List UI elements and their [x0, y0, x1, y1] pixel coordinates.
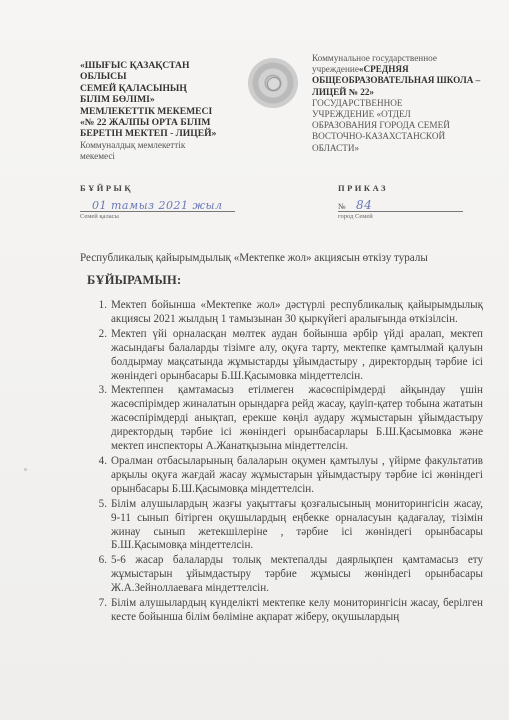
item-number: 6.: [87, 554, 111, 596]
item-number: 5.: [87, 498, 111, 554]
item-number: 1.: [87, 299, 111, 327]
handwritten-number: 84: [356, 198, 372, 212]
org-type-line: мекемесі: [80, 151, 245, 162]
org-parent-line: ГОСУДАРСТВЕННОЕ: [312, 98, 492, 109]
list-item: 6. 5-6 жасар балаларды толық мектепалды …: [87, 554, 495, 596]
handwritten-date: 01 тамыз 2021 жыл: [92, 199, 223, 212]
item-text: Білім алушылардың күнделікті мектепке ке…: [111, 597, 495, 625]
item-number: 4.: [87, 455, 111, 497]
order-title-kz: БҰЙРЫҚ: [80, 183, 235, 193]
item-text: Оралман отбасыларының балаларын оқумен қ…: [111, 455, 495, 497]
org-name-line: «№ 22 ЖАЛПЫ ОРТА БІЛІМ: [80, 117, 245, 128]
org-type-line: Коммуналдық мемлекеттік: [80, 140, 245, 151]
item-text: 5-6 жасар балаларды толық мектепалды дая…: [111, 554, 495, 596]
org-parent-line: ВОСТОЧНО-КАЗАХСТАНСКОЙ: [312, 131, 492, 142]
item-number: 7.: [87, 597, 111, 625]
item-number: 3.: [87, 384, 111, 454]
document-page: «ШЫҒЫС ҚАЗАҚСТАН ОБЛЫСЫ СЕМЕЙ ҚАЛАСЫНЫҢ …: [0, 0, 509, 720]
city-kz: Семей қаласы: [80, 213, 235, 220]
order-kazakh-block: БҰЙРЫҚ 01 тамыз 2021 жыл Семей қаласы: [80, 183, 235, 220]
scan-speck: [24, 468, 27, 471]
city-ru: город Семей: [338, 213, 463, 220]
org-name-line: ОБЛЫСЫ: [80, 71, 245, 82]
state-emblem-icon: [248, 58, 298, 108]
order-russian-block: ПРИКАЗ № 84 город Семей: [338, 183, 463, 220]
org-parent-line: УЧРЕЖДЕНИЕ «ОТДЕЛ: [312, 109, 492, 120]
number-sign: №: [338, 202, 346, 211]
item-text: Мектеп үйі орналасқан мөлтек аудан бойын…: [111, 328, 495, 384]
scan-speck: [258, 302, 261, 305]
header-russian-org: Коммунальное государственное учреждение«…: [312, 53, 492, 154]
list-item: 3. Мектеппен қамтамасыз етілмеген жасөсп…: [87, 384, 495, 454]
order-title-ru: ПРИКАЗ: [338, 183, 463, 193]
item-text: Мектеппен қамтамасыз етілмеген жасөспірі…: [111, 384, 495, 454]
list-item: 1. Мектеп бойынша «Мектепке жол» дәстүрл…: [87, 299, 495, 327]
org-name-line: «ШЫҒЫС ҚАЗАҚСТАН: [80, 60, 245, 71]
header-kazakh-org: «ШЫҒЫС ҚАЗАҚСТАН ОБЛЫСЫ СЕМЕЙ ҚАЛАСЫНЫҢ …: [80, 60, 245, 162]
item-text: Білім алушылардың жазғы уақыттағы қозғал…: [111, 498, 495, 554]
number-line: № 84: [338, 198, 463, 212]
org-name-line: СЕМЕЙ ҚАЛАСЫНЫҢ: [80, 83, 245, 94]
list-item: 2. Мектеп үйі орналасқан мөлтек аудан бо…: [87, 328, 495, 384]
org-name-line: МЕМЛЕКЕТТІК МЕКЕМЕСІ: [80, 106, 245, 117]
date-line: 01 тамыз 2021 жыл: [80, 198, 235, 212]
decree-items-list: 1. Мектеп бойынша «Мектепке жол» дәстүрл…: [87, 299, 495, 626]
org-parent-line: ОБРАЗОВАНИЯ ГОРОДА СЕМЕЙ: [312, 120, 492, 131]
org-name-line: БЕРЕТІН МЕКТЕП - ЛИЦЕЙ»: [80, 128, 245, 139]
item-number: 2.: [87, 328, 111, 384]
decree-heading: БҰЙЫРАМЫН:: [87, 273, 181, 288]
org-parent-line: ОБЛАСТИ»: [312, 143, 492, 154]
list-item: 4. Оралман отбасыларының балаларын оқуме…: [87, 455, 495, 497]
item-text: Мектеп бойынша «Мектепке жол» дәстүрлі р…: [111, 299, 495, 327]
order-subject: Республикалық қайырымдылық «Мектепке жол…: [80, 252, 428, 264]
list-item: 5. Білім алушылардың жазғы уақыттағы қоз…: [87, 498, 495, 554]
org-name-line: БІЛІМ БӨЛІМІ»: [80, 94, 245, 105]
list-item: 7. Білім алушылардың күнделікті мектепке…: [87, 597, 495, 625]
